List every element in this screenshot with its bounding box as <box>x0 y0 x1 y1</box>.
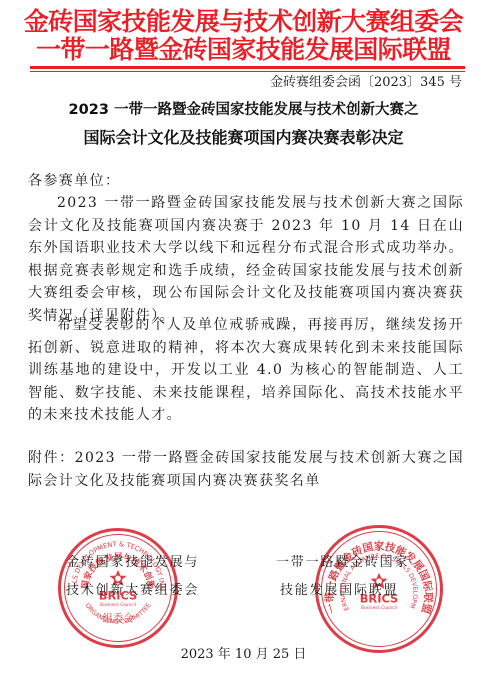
issuing-org-line-2: 一带一路暨金砖国家技能发展国际联盟 <box>0 36 487 64</box>
svg-text:Business Council: Business Council <box>361 605 397 611</box>
salutation: 各参赛单位： <box>28 170 464 193</box>
signatory-right-line-2: 技能发展国际联盟 <box>280 582 398 600</box>
issuing-org-line-1: 金砖国家技能发展与技术创新大赛组委会 <box>0 8 487 36</box>
document-number: 金砖赛组委会函〔2023〕345 号 <box>270 74 462 92</box>
signatory-left-line-1: 金砖国家技能发展与 <box>66 554 199 572</box>
signatory-right-line-1: 一带一路暨金砖国家 <box>276 554 409 572</box>
issue-date: 2023 年 10 月 25 日 <box>0 646 487 664</box>
red-header-rule-thick <box>30 66 465 69</box>
svg-text:Business Council: Business Council <box>100 602 136 608</box>
signatory-left-line-2: 技术创新大赛组委会 <box>66 582 199 600</box>
document-title-line-1: 2023 一带一路暨金砖国家技能发展与技术创新大赛之 <box>0 100 487 120</box>
svg-text:组委会: 组委会 <box>102 611 134 624</box>
red-header-rule-thin <box>30 71 465 72</box>
body-paragraph-1: 2023 一带一路暨金砖国家技能发展与技术创新大赛之国际会计文化及技能赛项国内赛… <box>28 192 464 328</box>
document-title-line-2: 国际会计文化及技能赛项国内赛决赛表彰决定 <box>0 127 487 149</box>
body-paragraph-2: 希望受表彰的个人及单位戒骄戒躁，再接再厉，继续发扬开拓创新、锐意进取的精神，将本… <box>28 314 464 427</box>
attachment-note: 附件：2023 一带一路暨金砖国家技能发展与技术创新大赛之国际会计文化及技能赛项… <box>28 447 464 492</box>
